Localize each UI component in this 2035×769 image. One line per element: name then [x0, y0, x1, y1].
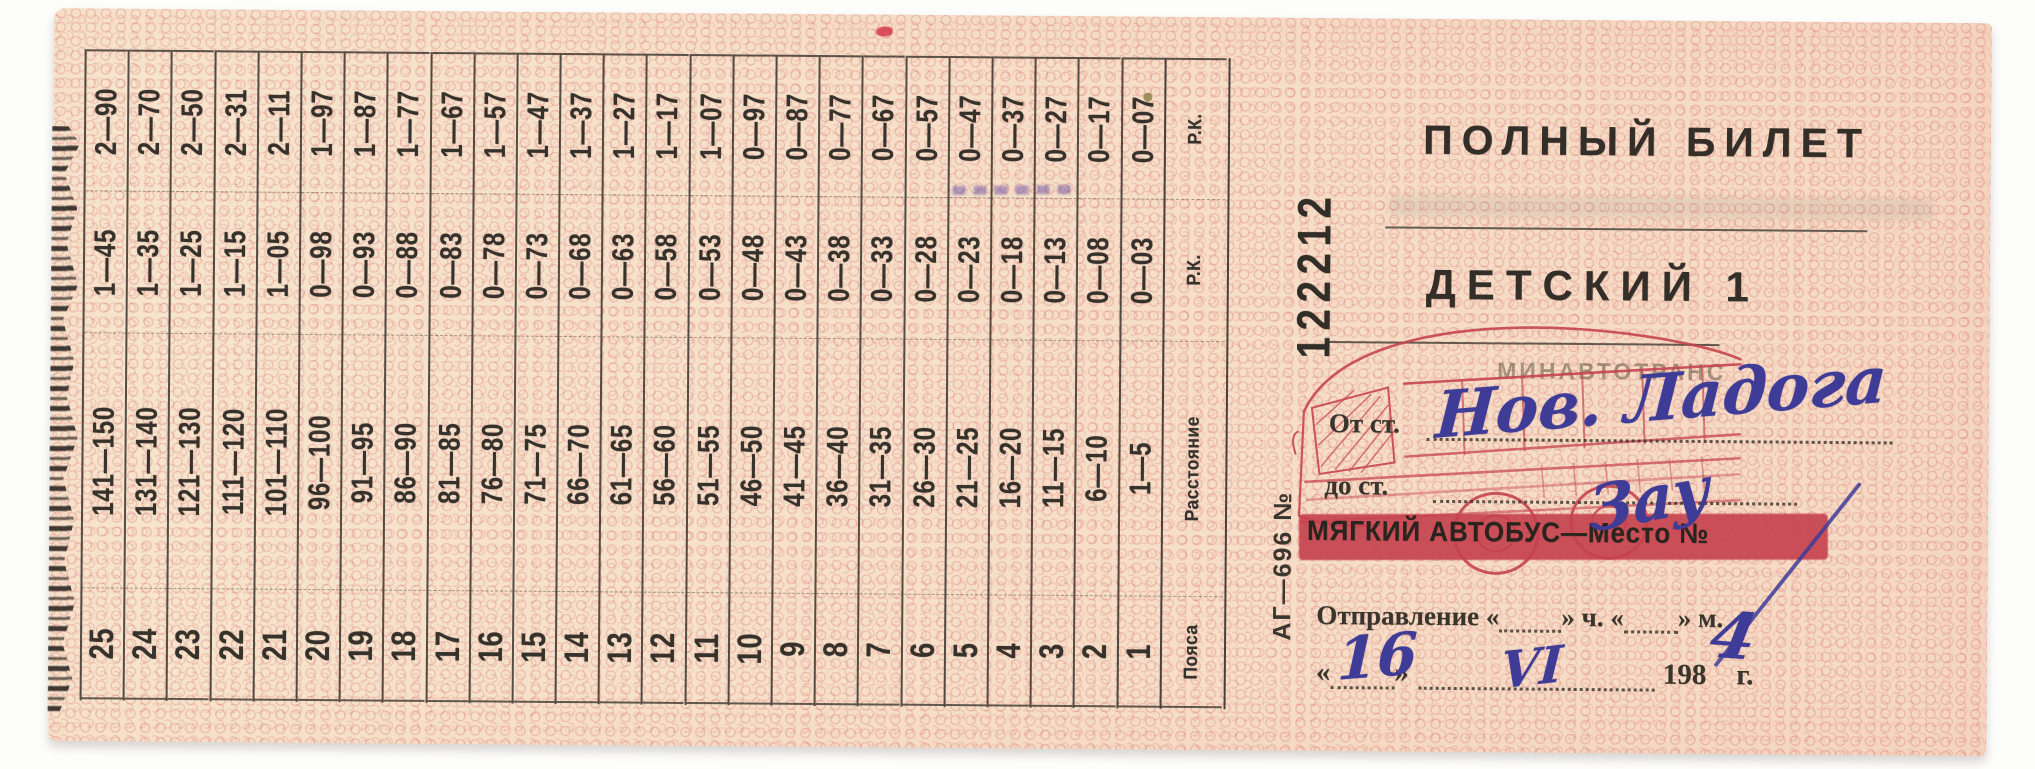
fare-column-17: 1781—850—831—67: [425, 52, 473, 703]
fare-cell: 10: [729, 593, 771, 703]
fare-cell: 0—97: [733, 56, 775, 195]
fare-column-4: 416—200—180—37: [986, 56, 1034, 707]
fare-cell: 0—58: [646, 195, 688, 337]
fare-cell: 1: [1118, 596, 1160, 706]
fare-cell: 0—93: [344, 192, 386, 334]
to-station-label: до ст.: [1324, 470, 1388, 502]
fare-cell: 46—50: [730, 337, 773, 592]
fare-cell: 21: [254, 589, 296, 699]
fare-cell: 14: [557, 591, 599, 701]
from-station-label: От ст.: [1329, 408, 1400, 440]
ticket: 25141—1501—452—9024131—1401—352—7023121—…: [48, 8, 1992, 756]
fare-cell: 1—05: [257, 192, 299, 334]
fare-cell: 0—18: [991, 197, 1033, 339]
fare-column-22: 22111—1201—152—31: [209, 50, 257, 701]
fare-cell: 0—83: [430, 193, 472, 335]
torn-edge: [47, 126, 80, 714]
fare-cell: 6—10: [1076, 340, 1119, 595]
fare-cell: 1—25: [171, 191, 213, 333]
ink-smudge: [953, 185, 1071, 195]
fare-cell: 2—50: [172, 52, 214, 191]
fare-cell: 66—70: [557, 336, 600, 591]
fare-cell: 0—78: [473, 193, 515, 335]
fare-cell: 141—150: [82, 332, 125, 587]
departure-minute-blank: [1624, 610, 1678, 633]
fare-column-19: 1991—950—931—87: [339, 51, 387, 702]
fare-cell: 0—88: [387, 193, 429, 335]
fare-column-6: 626—300—280—57: [900, 56, 948, 707]
paper-stain-dot: [1143, 93, 1152, 102]
fare-cell: 1—17: [647, 56, 689, 195]
fare-cell: 0—67: [863, 57, 905, 196]
fare-cell: 41—45: [773, 338, 816, 593]
fare-cell: 1—35: [128, 191, 170, 333]
fare-cell: 0—57: [906, 58, 948, 197]
fare-column-8: 836—400—380—77: [814, 55, 862, 706]
fare-cell: 17: [427, 590, 469, 700]
red-ink-blob: [876, 26, 893, 36]
handwriting-day: 16: [1336, 619, 1418, 694]
fare-cell: 71—75: [514, 336, 557, 591]
fare-cell: 121—130: [169, 333, 212, 588]
fare-cell: 0—28: [905, 197, 947, 339]
fare-cell: 111—120: [212, 333, 255, 588]
fare-cell: 0—48: [732, 195, 774, 337]
fare-column-21: 21101—1101—052—11: [252, 51, 300, 702]
fare-cell: 1—27: [604, 55, 646, 194]
fare-cell: 1—97: [302, 53, 344, 192]
fare-cell: 1—45: [84, 190, 126, 332]
fare-cell: 86—90: [385, 335, 428, 590]
fare-cell: 19: [341, 589, 383, 699]
fare-cell: 0—07: [1122, 59, 1164, 198]
fare-cell: 0—37: [992, 58, 1034, 197]
fare-cell: 11—15: [1033, 340, 1076, 595]
fare-cell: 51—55: [687, 337, 730, 592]
fare-column-25: 25141—1501—452—90: [80, 49, 128, 700]
fare-cell: 0—63: [603, 194, 645, 336]
fare-cell: 1—87: [345, 53, 387, 192]
departure-hour-label: » ч. «: [1561, 602, 1624, 632]
departure-hour-blank: [1499, 609, 1561, 632]
fare-cell: 7: [859, 594, 901, 704]
fare-cell: 101—110: [255, 334, 298, 589]
fare-cell: 0—23: [948, 197, 990, 339]
fare-cell: 0—73: [516, 194, 558, 336]
fare-cell: 0—98: [300, 192, 342, 334]
fare-cell: 2—11: [258, 53, 300, 192]
fare-cell: 0—13: [1035, 198, 1077, 340]
date-open-quote: «: [1316, 656, 1331, 688]
fare-column-9: 941—450—430—87: [771, 55, 819, 706]
fare-column-5: 521—250—230—47: [943, 56, 991, 707]
fare-cell: 0—03: [1121, 198, 1163, 340]
fare-cell: 0—77: [820, 57, 862, 196]
scanned-ticket-image: 25141—1501—452—9024131—1401—352—7023121—…: [0, 0, 2035, 769]
fare-cell: 21—25: [946, 339, 989, 594]
fare-cell: 3: [1032, 595, 1074, 705]
fare-cell: 0—27: [1036, 59, 1078, 198]
fare-cell: 26—30: [903, 339, 946, 594]
fare-header-cell: Р.К.: [1164, 199, 1225, 342]
fare-cell: 1—5: [1119, 340, 1162, 595]
fare-column-2: 26—100—080—17: [1073, 57, 1121, 708]
divider-line-1: [1385, 226, 1867, 232]
fare-cell: 16—20: [989, 339, 1032, 594]
fare-column-20: 2096—1000—981—97: [295, 51, 343, 702]
fare-header-cell: Расстояние: [1162, 341, 1224, 597]
fare-cell: 1—57: [474, 54, 516, 193]
fare-cell: 8: [816, 593, 858, 703]
fare-column-11: 1151—550—531—07: [684, 54, 732, 705]
fare-cell: 131—140: [126, 333, 169, 588]
fare-cell: 25: [82, 587, 124, 697]
fare-table: 25141—1501—452—9024131—1401—352—7023121—…: [80, 49, 1233, 709]
fare-cell: 96—100: [298, 334, 341, 589]
fare-cell: 5: [945, 594, 987, 704]
fare-cell: 56—60: [644, 337, 687, 592]
fare-cell: 1—77: [388, 54, 430, 193]
fare-cell: 1—07: [690, 56, 732, 195]
fare-cell: 1—15: [214, 191, 256, 333]
fare-column-15: 1571—750—731—47: [511, 53, 559, 704]
fare-cell: 11: [686, 592, 728, 702]
fare-column-24: 24131—1401—352—70: [123, 50, 171, 701]
fare-column-10: 1046—500—480—97: [727, 54, 775, 705]
fare-cell: 24: [125, 588, 167, 698]
ghost-print-smudge: [1388, 194, 1933, 220]
fare-cell: 12: [643, 592, 685, 702]
fare-cell: 0—17: [1079, 59, 1121, 198]
fare-header-cell: Пояса: [1161, 596, 1222, 706]
fare-cell: 18: [384, 590, 426, 700]
fare-cell: 1—47: [517, 55, 559, 194]
fare-table-header-column: ПоясаРасстояниеР.К.Р.К.: [1159, 58, 1230, 709]
fare-column-14: 1466—700—681—37: [555, 53, 603, 704]
fare-cell: 2—90: [86, 51, 128, 190]
fare-cell: 0—08: [1078, 198, 1120, 340]
fare-cell: 31—35: [860, 338, 903, 593]
fare-cell: 2—70: [129, 52, 171, 191]
fare-column-7: 731—350—330—67: [857, 55, 905, 706]
fare-column-12: 1256—600—581—17: [641, 54, 689, 705]
fare-column-1: 11—50—030—07: [1116, 57, 1164, 708]
fare-column-23: 23121—1301—252—50: [166, 50, 214, 701]
printed-year: 198: [1663, 659, 1707, 691]
fare-cell: 22: [211, 588, 253, 698]
fare-cell: 13: [600, 591, 642, 701]
fare-cell: 9: [773, 593, 815, 703]
fare-cell: 2: [1075, 595, 1117, 705]
fare-header-cell: Р.К.: [1165, 60, 1226, 199]
fare-cell: 16: [470, 590, 512, 700]
fare-cell: 1—37: [561, 55, 603, 194]
fare-cell: 76—80: [471, 335, 514, 590]
fare-column-16: 1676—800—781—57: [468, 52, 516, 703]
fare-column-18: 1886—900—881—77: [382, 52, 430, 703]
fare-cell: 81—85: [428, 335, 471, 590]
fare-cell: 4: [988, 595, 1030, 705]
fare-cell: 36—40: [817, 338, 860, 593]
fare-cell: 20: [298, 589, 340, 699]
full-ticket-title: ПОЛНЫЙ БИЛЕТ: [1373, 116, 1921, 167]
fare-cell: 2—31: [215, 52, 257, 191]
fare-cell: 0—38: [819, 196, 861, 338]
fare-column-3: 311—150—130—27: [1030, 57, 1078, 708]
fare-column-13: 1361—650—631—27: [598, 53, 646, 704]
fare-cell: 0—53: [689, 195, 731, 337]
fare-cell: 1—67: [431, 54, 473, 193]
fare-cell: 61—65: [601, 336, 644, 591]
handwriting-month: VI: [1499, 634, 1564, 701]
fare-cell: 0—47: [949, 58, 991, 197]
fare-cell: 6: [902, 594, 944, 704]
fare-cell: 0—43: [775, 196, 817, 338]
fare-cell: 0—68: [560, 194, 602, 336]
fare-cell: 91—95: [342, 334, 385, 589]
fare-cell: 0—33: [862, 196, 904, 338]
fare-cell: 23: [168, 588, 210, 698]
fare-cell: 15: [513, 591, 555, 701]
fare-cell: 0—87: [777, 57, 819, 196]
